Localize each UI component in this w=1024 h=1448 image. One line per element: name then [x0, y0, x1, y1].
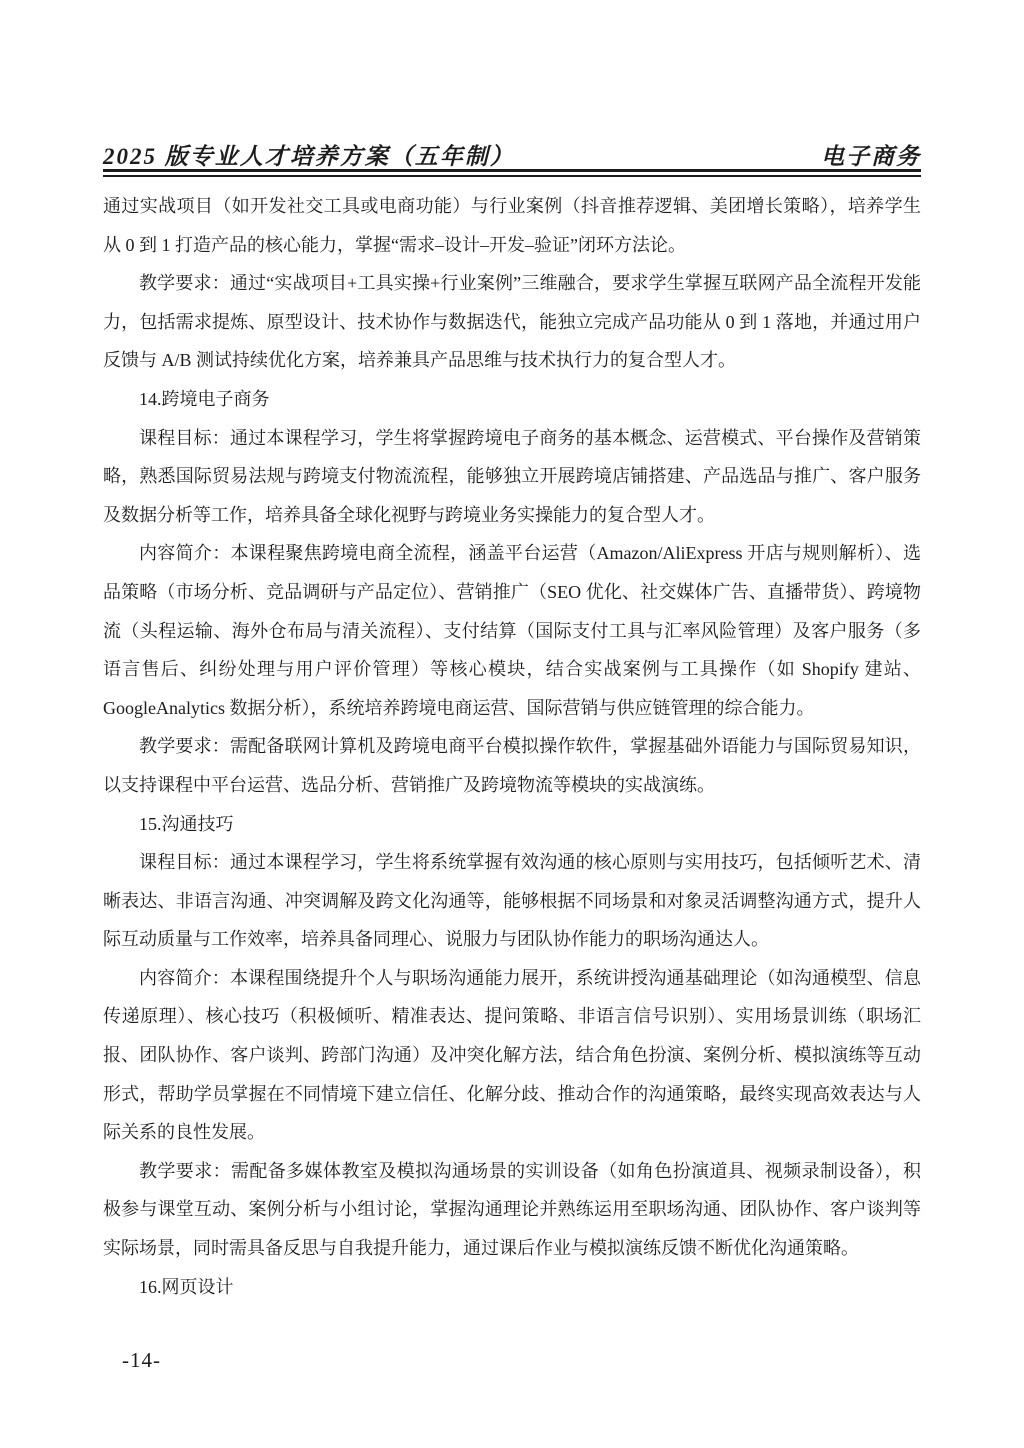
- paragraph-course-objectives-14: 课程目标：通过本课程学习，学生将掌握跨境电子商务的基本概念、运营模式、平台操作及…: [103, 419, 921, 535]
- section-heading-16: 16.网页设计: [103, 1268, 921, 1307]
- paragraph-teaching-requirements-15: 教学要求：需配备多媒体教室及模拟沟通场景的实训设备（如角色扮演道具、视频录制设备…: [103, 1152, 921, 1268]
- paragraph-course-objectives-15: 课程目标：通过本课程学习，学生将系统掌握有效沟通的核心原则与实用技巧，包括倾听艺…: [103, 843, 921, 959]
- paragraph-teaching-requirements-13: 教学要求：通过“实战项目+工具实操+行业案例”三维融合，要求学生掌握互联网产品全…: [103, 264, 921, 380]
- paragraph-continuation: 通过实战项目（如开发社交工具或电商功能）与行业案例（抖音推荐逻辑、美团增长策略）…: [103, 187, 921, 264]
- paragraph-content-intro-14: 内容简介：本课程聚焦跨境电商全流程，涵盖平台运营（Amazon/AliExpre…: [103, 534, 921, 727]
- section-heading-14: 14.跨境电子商务: [103, 380, 921, 419]
- header-double-rule: [103, 169, 921, 177]
- header-right-title: 电子商务: [821, 138, 921, 171]
- paragraph-teaching-requirements-14: 教学要求：需配备联网计算机及跨境电商平台模拟操作软件，掌握基础外语能力与国际贸易…: [103, 727, 921, 804]
- page-footer: -14-: [122, 1348, 161, 1373]
- page-number: -14-: [122, 1348, 161, 1372]
- page-header: 2025 版专业人才培养方案（五年制） 电子商务: [103, 138, 921, 171]
- paragraph-content-intro-15: 内容简介：本课程围绕提升个人与职场沟通能力展开，系统讲授沟通基础理论（如沟通模型…: [103, 959, 921, 1152]
- header-left-title: 2025 版专业人才培养方案（五年制）: [103, 138, 515, 171]
- section-heading-15: 15.沟通技巧: [103, 805, 921, 844]
- document-body: 通过实战项目（如开发社交工具或电商功能）与行业案例（抖音推荐逻辑、美团增长策略）…: [103, 187, 921, 1306]
- document-page: 2025 版专业人才培养方案（五年制） 电子商务 通过实战项目（如开发社交工具或…: [0, 0, 1024, 1448]
